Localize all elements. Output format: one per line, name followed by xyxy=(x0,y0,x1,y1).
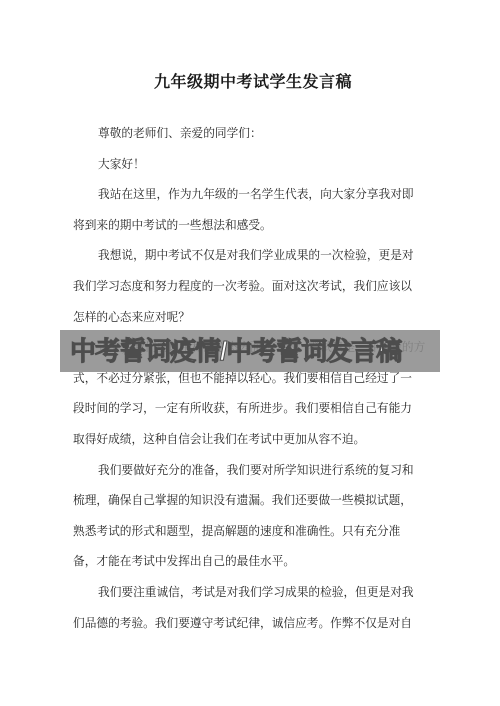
body-line: 我们要注重诚信，考试是对我们学习成果的检验，但更是对我 xyxy=(98,578,414,608)
body-line: 将到来的期中考试的一些想法和感受。 xyxy=(73,211,272,241)
body-line: 段时间的学习，一定有所收获，有所进步。我们要相信自己有能力 xyxy=(73,394,412,424)
body-line: 尊敬的老师们、亲爱的同学们： xyxy=(98,119,262,149)
body-line: 梳理，确保自己掌握的知识没有遗漏。我们还要做一些模拟试题， xyxy=(73,486,412,516)
body-line: 备，才能在考试中发挥出自己的最佳水平。 xyxy=(73,547,295,577)
body-line: 取得好成绩，这种自信会让我们在考试中更加从容不迫。 xyxy=(73,425,365,455)
body-line: 我们要做好充分的准备，我们要对所学知识进行系统的复习和 xyxy=(98,456,414,486)
body-line: 怎样的心态来应对呢？ xyxy=(73,303,190,333)
body-line: 熟悉考试的形式和题型，提高解题的速度和准确性。只有充分准 xyxy=(73,517,400,547)
watermark-text: 中考誓词疫情/中考誓词发言稿 xyxy=(70,338,401,364)
document-page: 九年级期中考试学生发言稿 尊敬的老师们、亲爱的同学们：大家好！我站在这里，作为九… xyxy=(0,0,500,706)
body-line: 大家好！ xyxy=(98,150,145,180)
body-line: 们品德的考验。我们要遵守考试纪律，诚信应考。作弊不仅是对自 xyxy=(73,609,412,639)
body-line: 我想说，期中考试不仅是对我们学业成果的一次检验，更是对 xyxy=(98,241,414,271)
body-line: 我们学习态度和努力程度的一次考验。面对这次考试，我们应该以 xyxy=(73,272,412,302)
body-line: 我站在这里，作为九年级的一名学生代表，向大家分享我对即 xyxy=(98,180,414,210)
watermark-banner: 中考誓词疫情/中考誓词发言稿 xyxy=(60,330,440,372)
